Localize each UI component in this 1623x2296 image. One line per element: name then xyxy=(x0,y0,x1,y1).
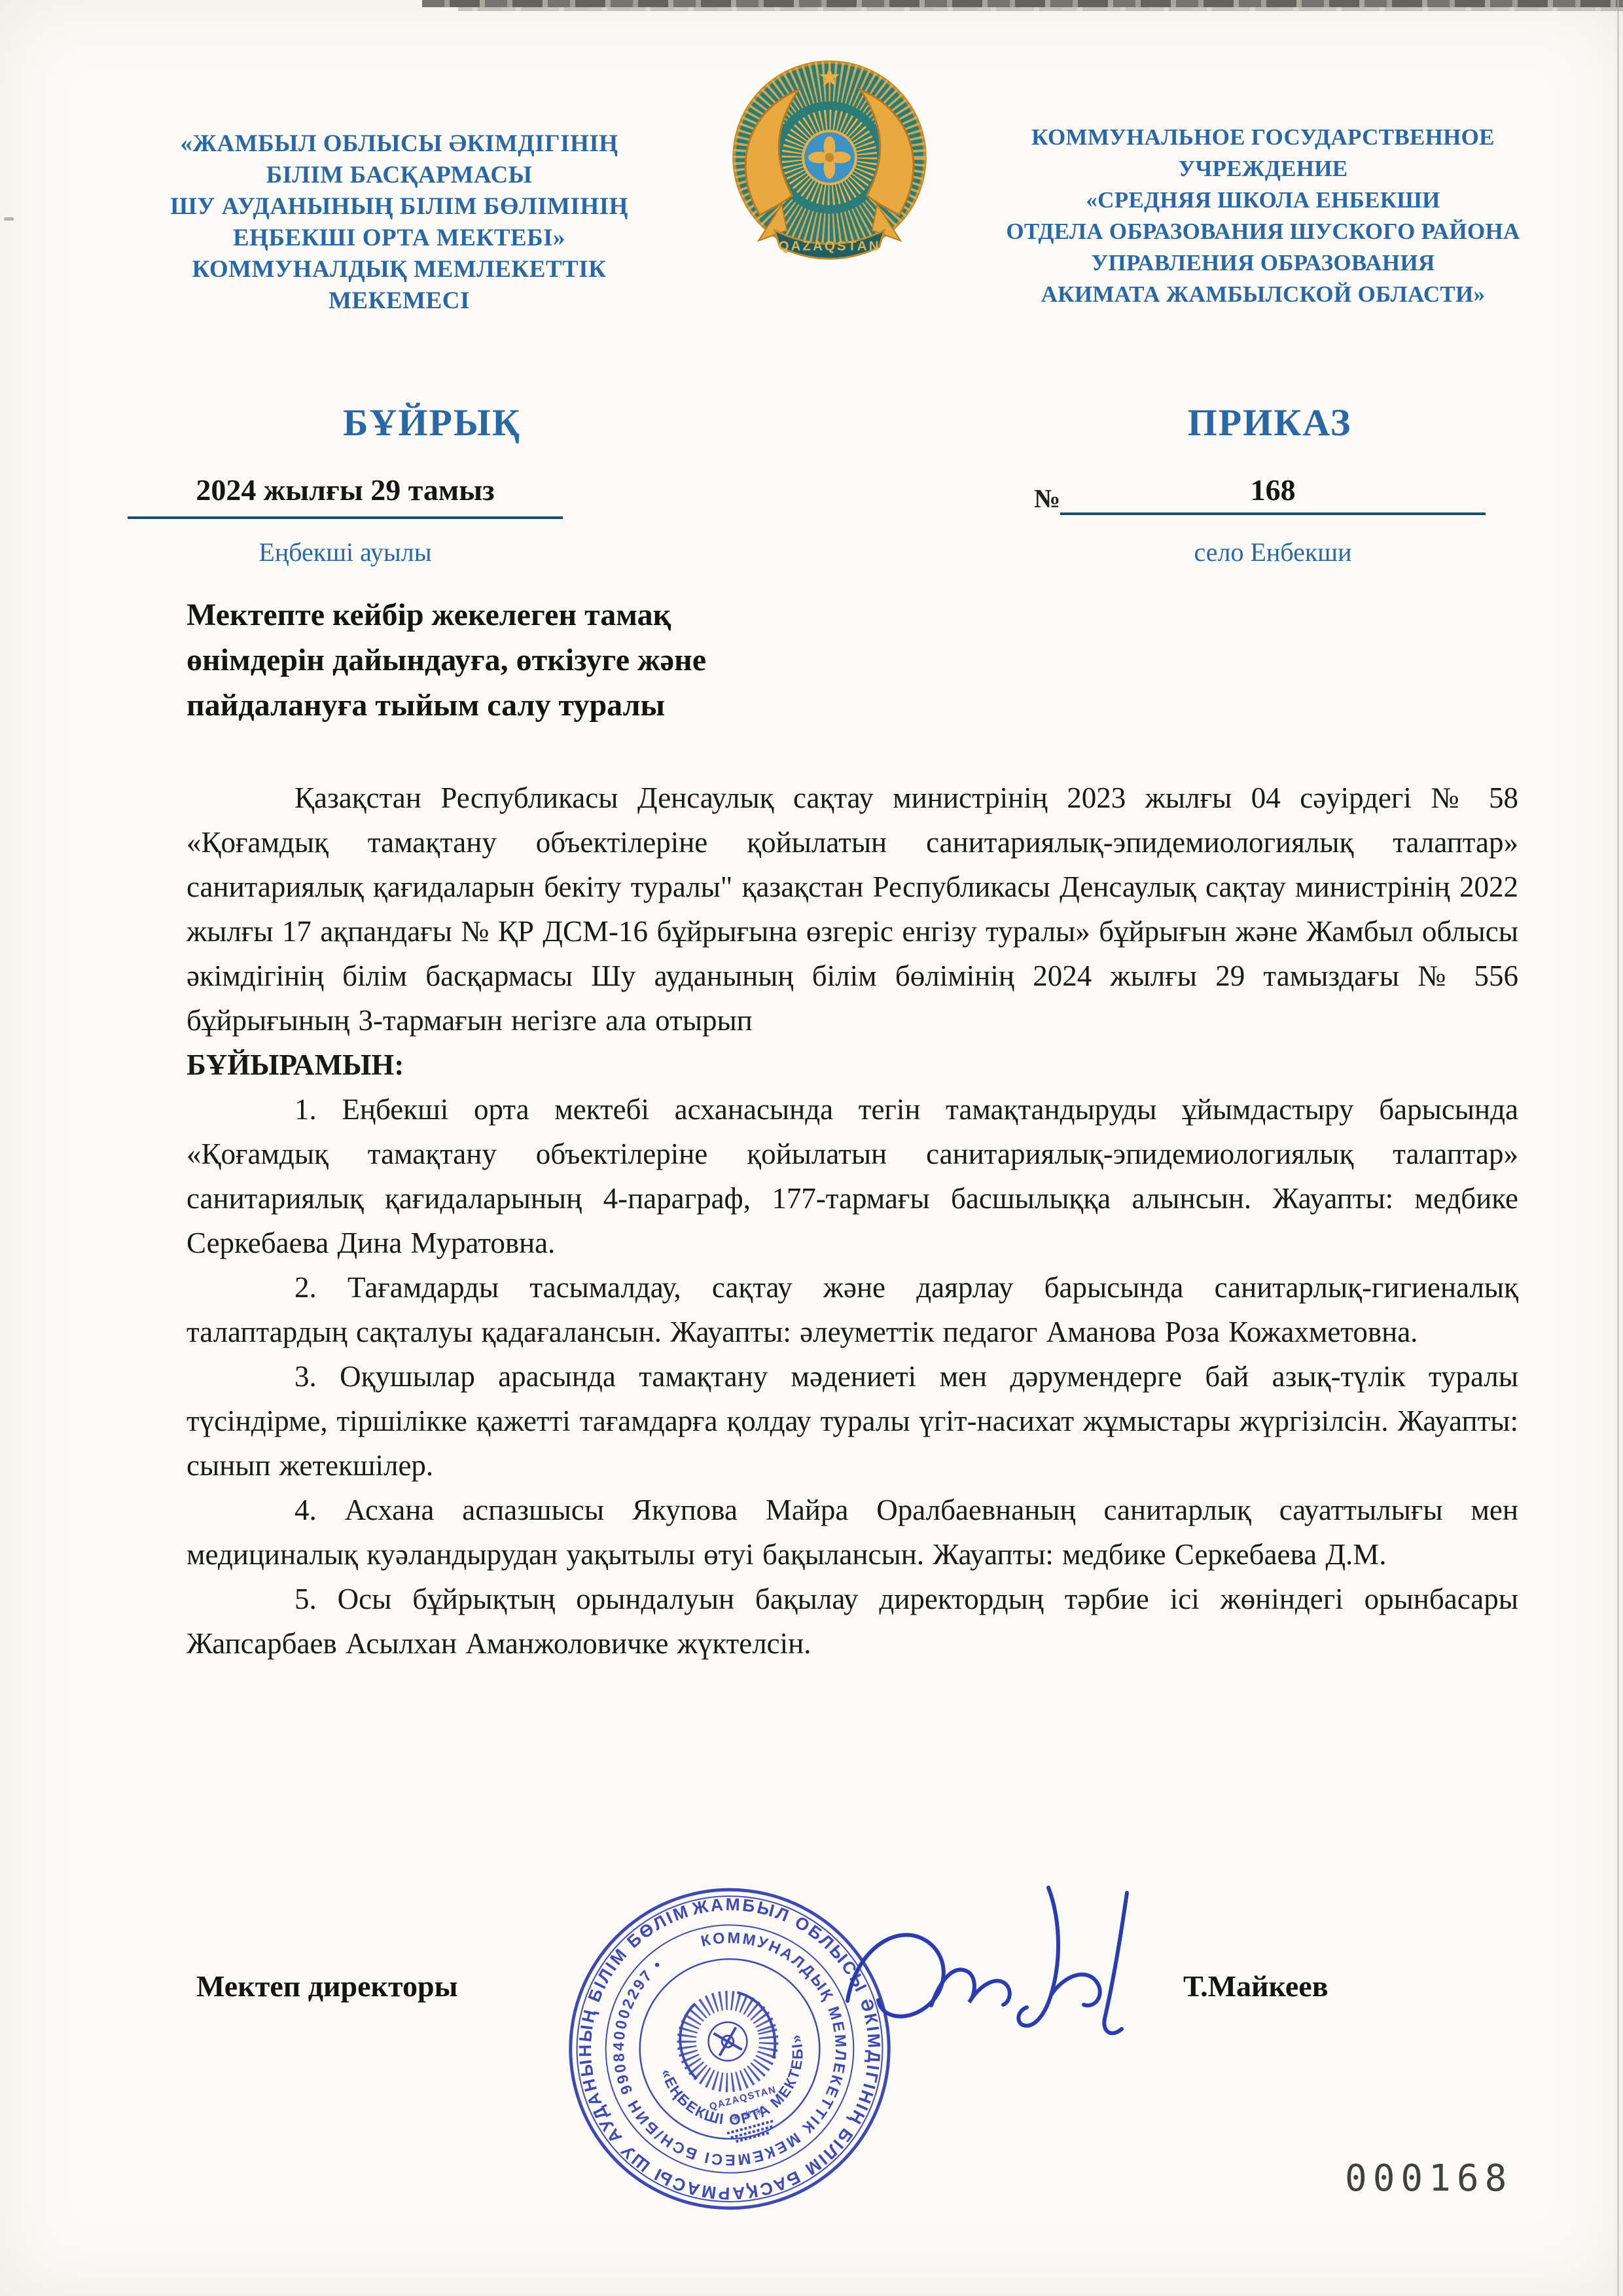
letterhead-line: ШУ АУДАНЫНЫҢ БІЛІМ БӨЛІМІНІҢ xyxy=(98,191,700,223)
signature-role: Мектеп директоры xyxy=(196,1969,458,2003)
letterhead-line: КОММУНАЛЬНОЕ ГОСУДАРСТВЕННОЕ xyxy=(955,122,1571,153)
order-place-russian: село Енбекши xyxy=(1060,537,1486,567)
subject-line: пайдалануға тыйым салу туралы xyxy=(187,683,880,728)
order-place-kazakh: Еңбекші ауылы xyxy=(128,537,563,567)
letterhead-line: МЕКЕМЕСІ xyxy=(98,285,700,317)
order-title-russian: ПРИКАЗ xyxy=(1073,401,1466,444)
form-serial-number: 000168 xyxy=(1345,2157,1512,2200)
order-item-3: 3. Оқушылар арасында тамақтану мәдениеті… xyxy=(187,1354,1518,1488)
letterhead-line: АКИМАТА ЖАМБЫЛСКОЙ ОБЛАСТИ» xyxy=(955,279,1571,310)
document-page: «ЖАМБЫЛ ОБЛЫСЫ ӘКІМДІГІНІҢ БІЛІМ БАСҚАРМ… xyxy=(0,0,1623,2296)
order-item-2: 2. Тағамдарды тасымалдау, сақтау және да… xyxy=(187,1265,1518,1354)
letterhead-line: КОММУНАЛДЫҚ МЕМЛЕКЕТТІК xyxy=(98,254,700,285)
order-subject: Мектепте кейбір жекелеген тамақ өнімдері… xyxy=(187,592,880,728)
letterhead-russian: КОММУНАЛЬНОЕ ГОСУДАРСТВЕННОЕ УЧРЕЖДЕНИЕ … xyxy=(955,122,1571,310)
letterhead-line: ОТДЕЛА ОБРАЗОВАНИЯ ШУСКОГО РАЙОНА xyxy=(955,216,1571,247)
resolve-word: БҰЙЫРАМЫН: xyxy=(187,1043,1518,1087)
scan-artifact-top xyxy=(422,0,1623,7)
order-date-text: 2024 жылғы 29 тамыз xyxy=(196,473,494,507)
scan-artifact-dash xyxy=(4,217,14,221)
order-item-1: 1. Еңбекші орта мектебі асханасында тегі… xyxy=(187,1087,1518,1265)
order-date: 2024 жылғы 29 тамыз xyxy=(128,473,563,519)
scan-artifact-top-2 xyxy=(458,7,1623,11)
order-number: 168 xyxy=(1060,473,1486,515)
letterhead-line: «ЖАМБЫЛ ОБЛЫСЫ ӘКІМДІГІНІҢ xyxy=(98,128,700,160)
signature-name: Т.Майкеев xyxy=(1183,1969,1329,2003)
preamble-paragraph: Қазақстан Республикасы Денсаулық сақтау … xyxy=(187,776,1518,1043)
letterhead-line: УЧРЕЖДЕНИЕ xyxy=(955,153,1571,185)
kazakhstan-coat-of-arms-icon: QAZAQSTAN xyxy=(720,52,939,272)
director-signature-ink xyxy=(818,1873,1185,2070)
subject-line: өнімдерін дайындауға, өткізуге және xyxy=(187,637,880,683)
order-item-5: 5. Осы бұйрықтың орындалуын бақылау дире… xyxy=(187,1577,1518,1666)
letterhead-line: ЕҢБЕКШІ ОРТА МЕКТЕБІ» xyxy=(98,223,700,254)
number-sign: № xyxy=(1034,483,1060,515)
letterhead-line: УПРАВЛЕНИЯ ОБРАЗОВАНИЯ xyxy=(955,247,1571,279)
subject-line: Мектепте кейбір жекелеген тамақ xyxy=(187,592,880,637)
letterhead-kazakh: «ЖАМБЫЛ ОБЛЫСЫ ӘКІМДІГІНІҢ БІЛІМ БАСҚАРМ… xyxy=(98,128,700,317)
letterhead-line: БІЛІМ БАСҚАРМАСЫ xyxy=(98,160,700,191)
letterhead-line: «СРЕДНЯЯ ШКОЛА ЕНБЕКШИ xyxy=(955,185,1571,216)
order-title-kazakh: БҰЙРЫҚ xyxy=(236,401,628,444)
order-number-block: № 168 xyxy=(1034,473,1486,515)
scan-artifact-right-edge xyxy=(1617,0,1619,2296)
order-body: Қазақстан Республикасы Денсаулық сақтау … xyxy=(187,776,1518,1666)
order-item-4: 4. Асхана аспазшысы Якупова Майра Оралба… xyxy=(187,1488,1518,1577)
emblem-label: QAZAQSTAN xyxy=(778,238,880,253)
